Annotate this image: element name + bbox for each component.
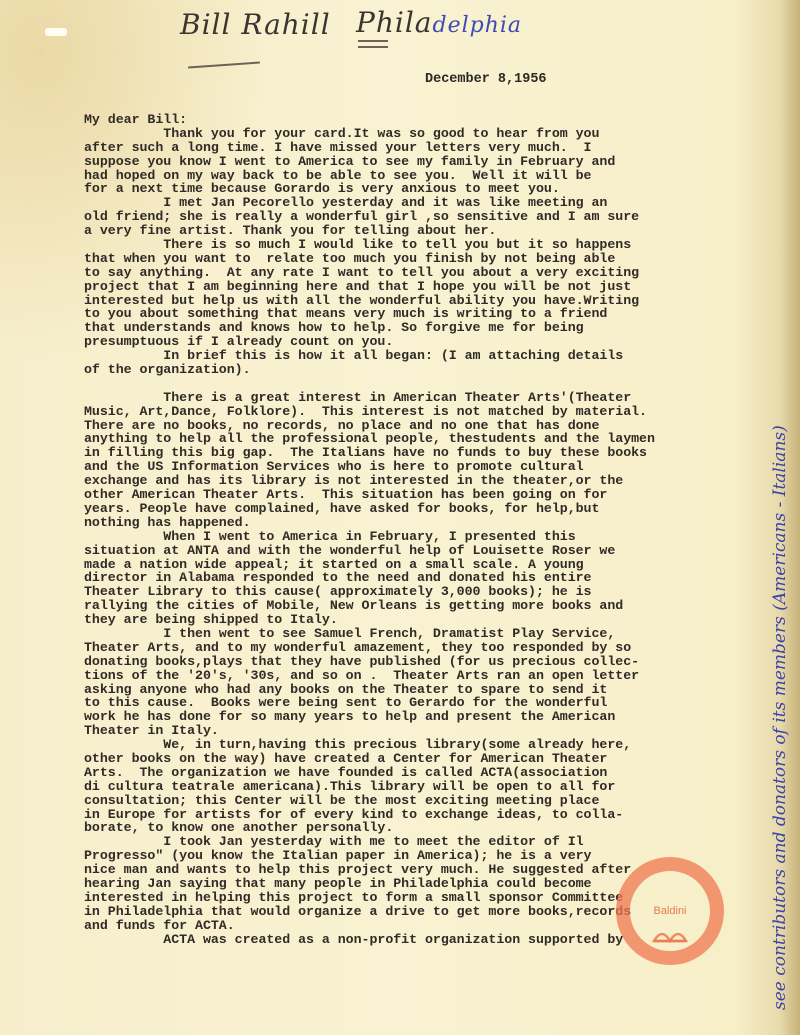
letter-line: had hoped on my way back to be able to s… xyxy=(84,169,784,183)
letter-line: We, in turn,having this precious library… xyxy=(84,738,784,752)
letter-line: to this cause. Books were being sent to … xyxy=(84,696,784,710)
letter-line: I then went to see Samuel French, Dramat… xyxy=(84,627,784,641)
letter-line: and the US Information Services who is h… xyxy=(84,460,784,474)
letter-line: There are no books, no records, no place… xyxy=(84,419,784,433)
letter-line: nothing has happened. xyxy=(84,516,784,530)
margin-handwritten-note: see contributors and donators of its mem… xyxy=(770,425,790,1010)
letter-line: they are being shipped to Italy. xyxy=(84,613,784,627)
letter-line: that when you want to relate too much yo… xyxy=(84,252,784,266)
letter-line: Theater in Italy. xyxy=(84,724,784,738)
letter-line: consultation; this Center will be the mo… xyxy=(84,794,784,808)
paper-tear xyxy=(45,28,67,36)
letter-line: in Europe for artists for of every kind … xyxy=(84,808,784,822)
stamp-label: Baldini xyxy=(641,905,699,917)
open-book-icon xyxy=(652,925,688,943)
handwritten-double-underline xyxy=(358,40,388,48)
letter-line xyxy=(84,377,784,391)
letter-line: I met Jan Pecorello yesterday and it was… xyxy=(84,196,784,210)
letter-line: other American Theater Arts. This situat… xyxy=(84,488,784,502)
handwritten-recipient-name: Bill Rahill xyxy=(180,8,331,41)
letter-line: suppose you know I went to America to se… xyxy=(84,155,784,169)
letter-line: donating books,plays that they have publ… xyxy=(84,655,784,669)
letter-line: interested but help us with all the wond… xyxy=(84,294,784,308)
handwritten-city-pencil: Phila xyxy=(356,6,432,39)
letter-line: Music, Art,Dance, Folklore). This intere… xyxy=(84,405,784,419)
letter-body: My dear Bill: Thank you for your card.It… xyxy=(84,113,784,946)
letter-line: I took Jan yesterday with me to meet the… xyxy=(84,835,784,849)
letter-line: tions of the '20's, '30s, and so on . Th… xyxy=(84,669,784,683)
letter-line: Theater Arts, and to my wonderful amazem… xyxy=(84,641,784,655)
letter-line: to you about something that means very m… xyxy=(84,307,784,321)
letter-line: of the organization). xyxy=(84,363,784,377)
letter-line: asking anyone who had any books on the T… xyxy=(84,683,784,697)
letter-line: di cultura teatrale americana).This libr… xyxy=(84,780,784,794)
letter-line: There is a great interest in American Th… xyxy=(84,391,784,405)
letter-line: Thank you for your card.It was so good t… xyxy=(84,127,784,141)
letter-line: exchange and has its library is not inte… xyxy=(84,474,784,488)
letter-line: project that I am beginning here and tha… xyxy=(84,280,784,294)
letter-line: In brief this is how it all began: (I am… xyxy=(84,349,784,363)
letter-line: director in Alabama responded to the nee… xyxy=(84,571,784,585)
letter-line: for a next time because Gorardo is very … xyxy=(84,182,784,196)
letter-line: rallying the cities of Mobile, New Orlea… xyxy=(84,599,784,613)
letter-line: borate, to know one another personally. xyxy=(84,821,784,835)
letter-line: old friend; she is really a wonderful gi… xyxy=(84,210,784,224)
letter-line: other books on the way) have created a C… xyxy=(84,752,784,766)
letter-line: to say anything. At any rate I want to t… xyxy=(84,266,784,280)
letter-line: My dear Bill: xyxy=(84,113,784,127)
letter-line: made a nation wide appeal; it started on… xyxy=(84,558,784,572)
letter-line: When I went to America in February, I pr… xyxy=(84,530,784,544)
letter-line: that understands and knows how to help. … xyxy=(84,321,784,335)
letter-line: anything to help all the professional pe… xyxy=(84,432,784,446)
letter-line: work he has done for so many years to he… xyxy=(84,710,784,724)
letter-line: years. People have complained, have aske… xyxy=(84,502,784,516)
letter-line: after such a long time. I have missed yo… xyxy=(84,141,784,155)
letter-line: Arts. The organization we have founded i… xyxy=(84,766,784,780)
letter-line: a very fine artist. Thank you for tellin… xyxy=(84,224,784,238)
letter-date: December 8,1956 xyxy=(425,72,547,87)
handwritten-city-ink: delphia xyxy=(432,13,522,38)
letter-line: presumptuous if I already count on you. xyxy=(84,335,784,349)
handwritten-city: Philadelphia xyxy=(356,6,522,39)
letter-line: Theater Library to this cause( approxima… xyxy=(84,585,784,599)
letter-line: There is so much I would like to tell yo… xyxy=(84,238,784,252)
letter-line: in filling this big gap. The Italians ha… xyxy=(84,446,784,460)
letter-line: situation at ANTA and with the wonderful… xyxy=(84,544,784,558)
